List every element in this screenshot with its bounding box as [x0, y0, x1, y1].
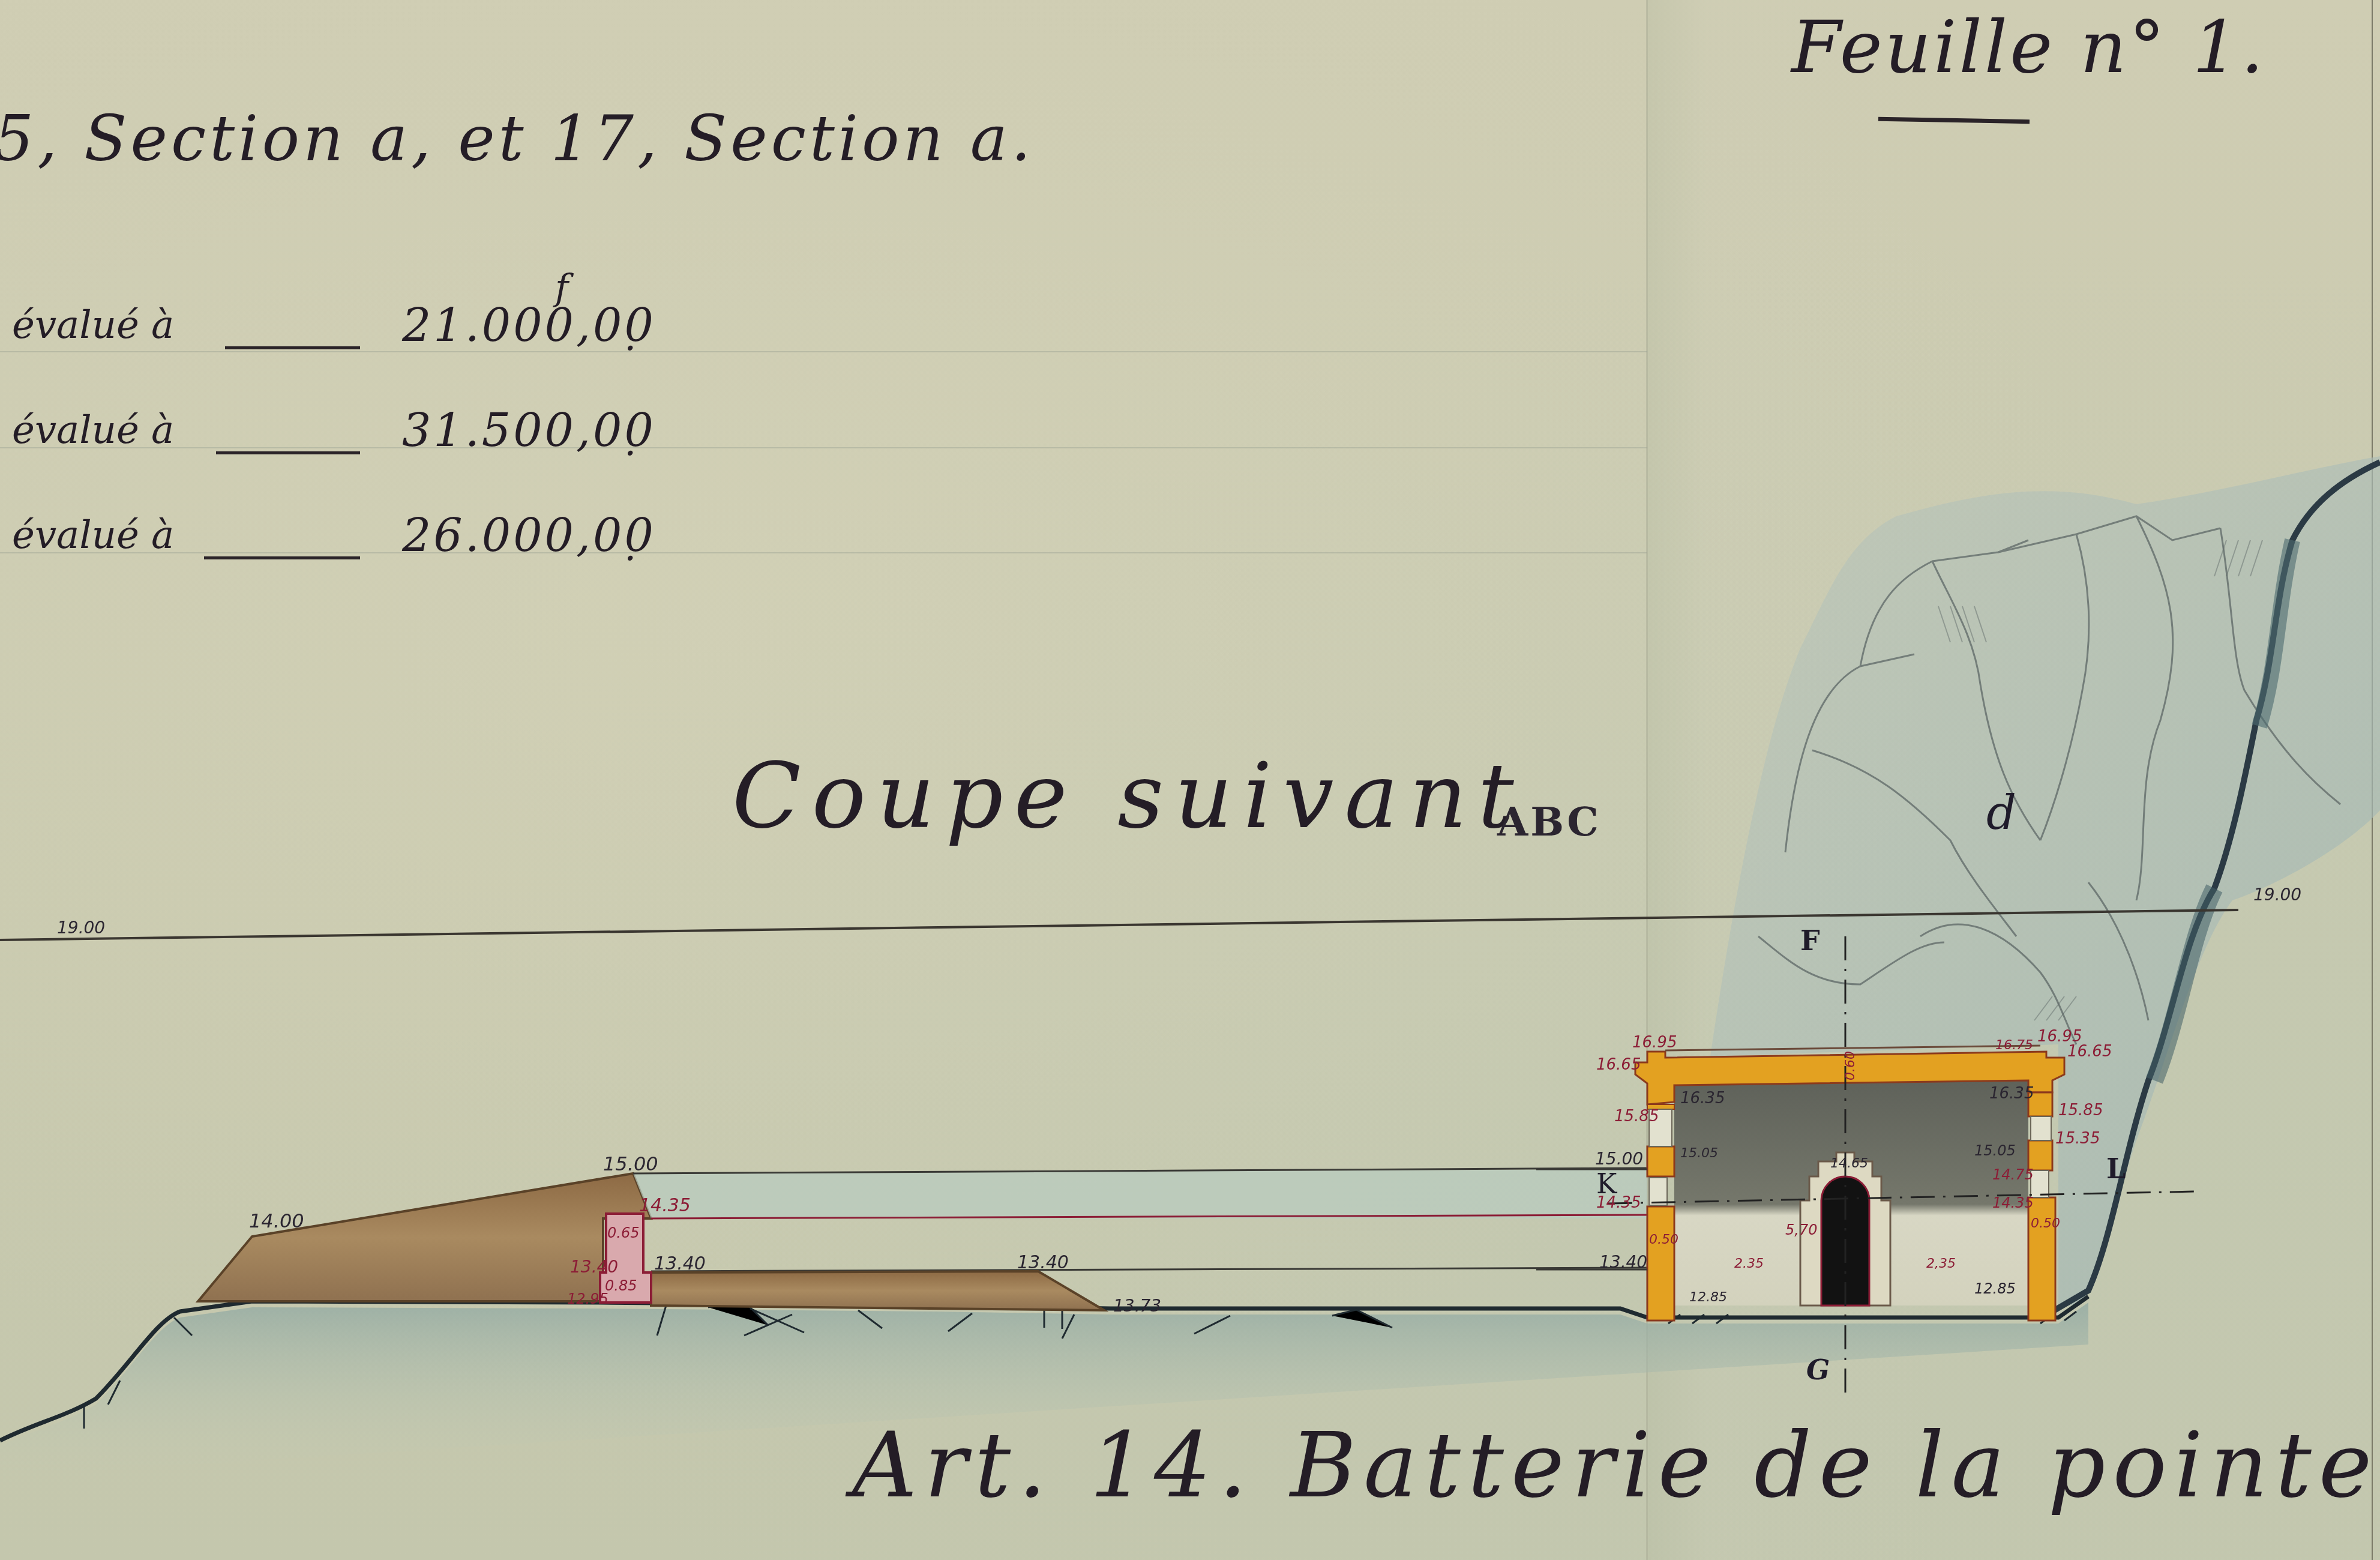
elevation-label: 12.85: [1974, 1280, 2016, 1297]
elevation-label: 15.85: [2058, 1101, 2103, 1119]
elevation-label: 12.95: [567, 1290, 609, 1307]
point-label-d: d: [1986, 786, 2016, 840]
elevation-label: 16.75: [1995, 1038, 2033, 1053]
elevation-label: 16.65: [1596, 1056, 1641, 1074]
earthwork-ledge: [651, 1271, 1104, 1310]
glacis-wash: [633, 1169, 1647, 1218]
elevation-label: 15.00: [603, 1152, 658, 1175]
elevation-label: 15.05: [1680, 1146, 1718, 1161]
elevation-label: 14.35: [639, 1195, 691, 1216]
point-label-G: G: [1806, 1354, 1830, 1386]
drawing-title: Art. 14. Batterie de la pointe d'Arzic.: [852, 1414, 2380, 1518]
elevation-label: 13.40: [570, 1257, 618, 1277]
elevation-label: 16.35: [1989, 1085, 2034, 1103]
elevation-label: 14.00: [249, 1209, 304, 1232]
elevation-label: 14.65: [1830, 1156, 1868, 1171]
elevation-label: 13.40: [654, 1253, 706, 1274]
wall-thickness-label: 0.50: [1649, 1232, 1678, 1247]
elevation-label: 15.35: [2055, 1130, 2100, 1148]
point-label-K: K: [1596, 1167, 1617, 1200]
elevation-label: 13.73: [1113, 1296, 1161, 1316]
elevation-label: 15.05: [1974, 1142, 2016, 1159]
elevation-label: 12.85: [1689, 1290, 1727, 1305]
elevation-label: 16.65: [2067, 1043, 2112, 1061]
datum-label-left: 19.00: [57, 918, 105, 938]
door-width-label: 5,70: [1785, 1221, 1817, 1238]
point-label-F: F: [1800, 924, 1820, 957]
datum-label-right: 19.00: [2253, 885, 2301, 905]
dimension-label: 2.35: [1734, 1256, 1764, 1271]
earthwork-parapet: [198, 1173, 651, 1301]
elevation-label: 13.40: [1017, 1252, 1069, 1273]
elevation-label: 15.00: [1595, 1149, 1643, 1169]
elevation-label: 16.95: [1632, 1034, 1677, 1052]
wall-thickness-label: 0.50: [2031, 1216, 2060, 1231]
elevation-label: 14.75: [1992, 1166, 2034, 1183]
cross-section-drawing: 19.00 19.00 14.00 15.00 14.35 13.40 13.4…: [0, 0, 2380, 1560]
elevation-label: 16.35: [1680, 1089, 1725, 1107]
point-label-L: L: [2106, 1152, 2126, 1185]
roof-thickness-label: 0.60: [1843, 1051, 1858, 1080]
elevation-label: 13.40: [1599, 1252, 1647, 1272]
pillar-dimension: 0.65: [607, 1224, 639, 1241]
elevation-label: 14.35: [1992, 1194, 2034, 1211]
dimension-label: 2,35: [1926, 1256, 1956, 1271]
pillar-dimension: 0.85: [605, 1277, 637, 1294]
elevation-label: 15.85: [1614, 1107, 1659, 1125]
